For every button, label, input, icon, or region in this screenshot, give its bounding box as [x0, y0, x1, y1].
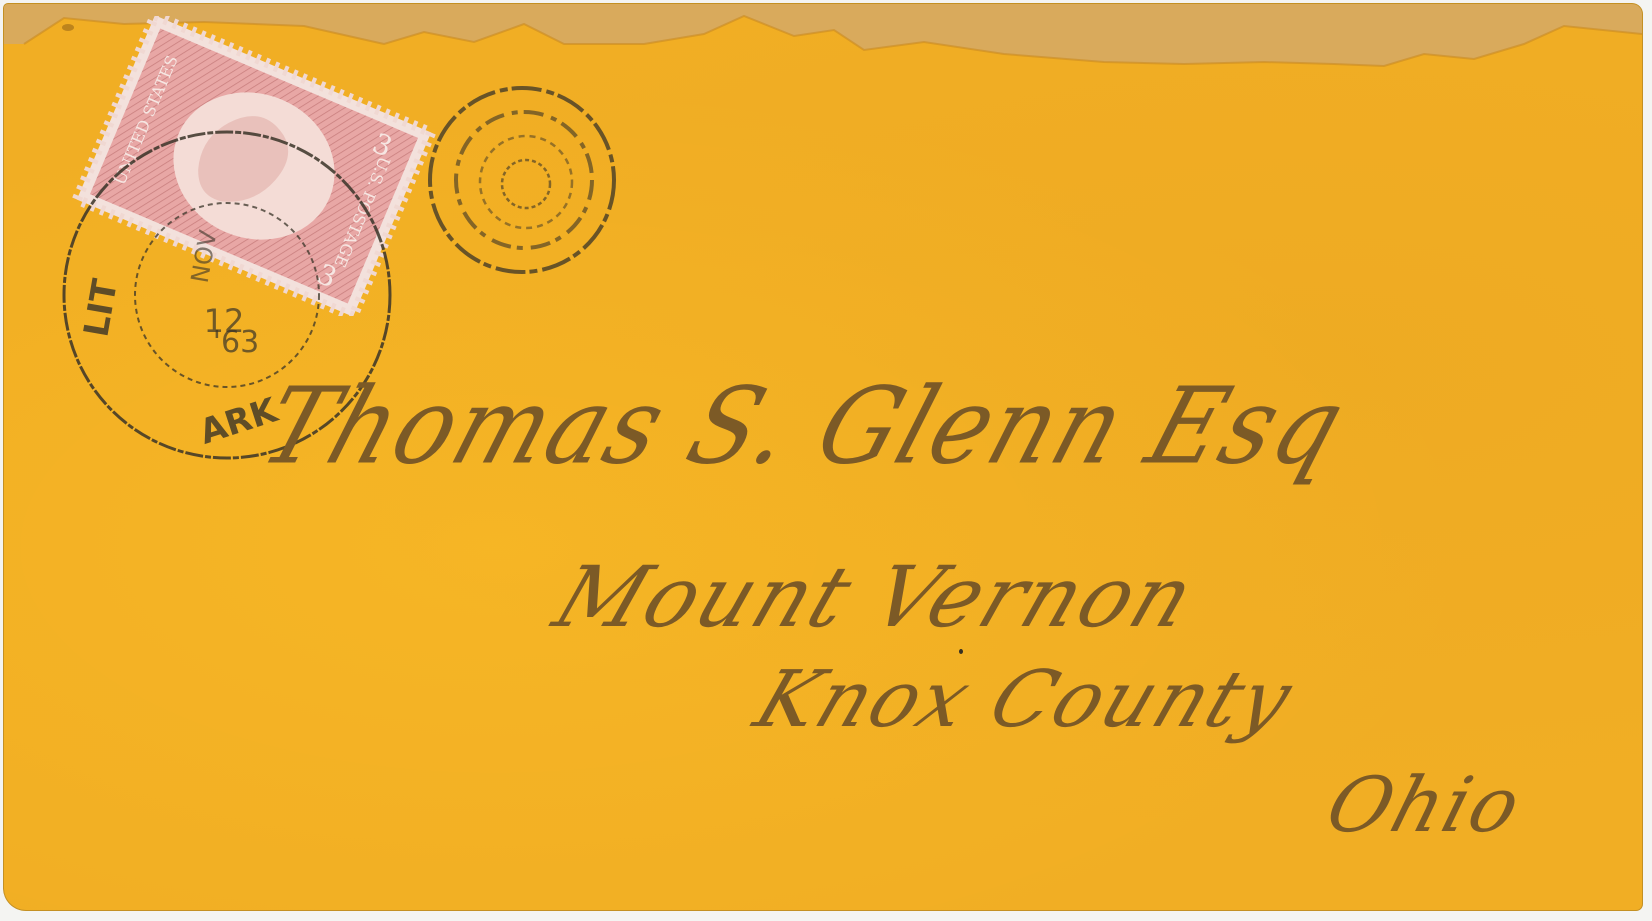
- address-name: Thomas S. Glenn Esq: [248, 364, 1360, 487]
- recipient-address: Thomas S. Glenn Esq Mount Vernon Knox Co…: [0, 0, 1652, 921]
- address-county: Knox County: [744, 655, 1306, 745]
- address-city: Mount Vernon: [542, 548, 1208, 646]
- address-state: Ohio: [1317, 760, 1532, 849]
